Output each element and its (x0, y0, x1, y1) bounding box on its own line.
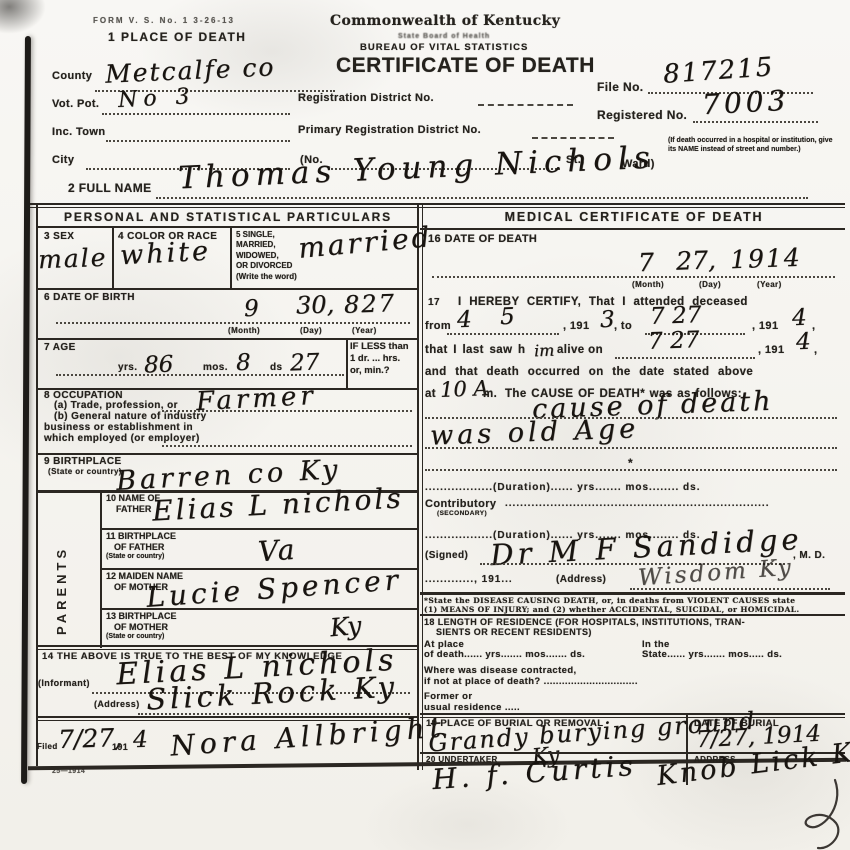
residence-label-line2: SIENTS OR RECENT RESIDENTS) (436, 627, 592, 637)
father-row-rule (100, 528, 418, 530)
age-ds-value: 27 (290, 349, 320, 376)
occupation-b2-label: business or establishment in (44, 422, 193, 433)
marital-status-label: 5 SINGLE, MARRIED, WIDOWED, OR DIVORCED … (236, 230, 297, 282)
filed-label: Filed (37, 742, 58, 751)
age-mos-unit: mos. (203, 362, 228, 373)
disease-contracted-line1: Where was disease contracted, (424, 665, 577, 676)
dob-line (56, 322, 410, 324)
dod-year-label: (Year) (757, 280, 782, 289)
registered-no-value: 7003 (701, 84, 790, 122)
death-certificate-scan: FORM V. S. No. 1 3-26-13 1 PLACE OF DEAT… (0, 0, 850, 850)
father-birthplace-label: 11 BIRTHPLACE OF FATHER (State or countr… (106, 531, 176, 561)
filed-year-print: 191 (112, 742, 128, 752)
last-saw-him: im (534, 341, 555, 361)
last-saw-comma: , (814, 344, 817, 356)
attended-to-value: 7 27 (650, 302, 702, 330)
occupation-a-label: (a) Trade, profession, or (54, 400, 178, 411)
last-saw-pre-text: that I last saw h (425, 344, 525, 356)
residence-label-line1: 18 LENGTH OF RESIDENCE (FOR HOSPITALS, I… (424, 617, 745, 627)
disease-contracted-line2: if not at place of death? ..............… (424, 676, 638, 687)
age-yrs-unit: yrs. (118, 362, 137, 373)
certificate-title: CERTIFICATE OF DEATH (336, 54, 595, 78)
father-birthplace-value: Va (257, 533, 298, 569)
form-number-note: FORM V. S. No. 1 3-26-13 (93, 16, 235, 25)
city-label: City (52, 154, 74, 166)
scan-corner-mark (0, 0, 46, 34)
primary-registration-line (532, 137, 614, 139)
last-saw-alive-on: alive on (557, 344, 603, 356)
dob-year-value: 827 (344, 289, 397, 319)
cause-line3-rule (425, 469, 837, 471)
occupation-b3-label: which employed (or employer) (44, 433, 200, 444)
registered-no-line (693, 121, 818, 123)
file-no-label: File No. (597, 80, 644, 94)
state-line: State...... yrs....... mos..... ds. (642, 649, 782, 660)
color-cell-border (230, 226, 232, 288)
scan-edge-bar (21, 36, 31, 784)
parents-vertical-label: PARENTS (54, 505, 69, 635)
primary-registration-label: Primary Registration District No. (298, 124, 481, 136)
occupation-line-a (162, 410, 412, 412)
dob-day-value: 30, (296, 290, 335, 319)
hour-m-label: m. (483, 388, 497, 400)
full-name-label: 2 FULL NAME (68, 181, 152, 195)
contributory-dots: ........................................… (505, 498, 769, 509)
vot-pot-label: Vot. Pot. (52, 98, 99, 110)
pen-flourish (740, 778, 850, 850)
footnote-line2: (1) MEANS OF INJURY; and (2) whether ACC… (424, 605, 799, 614)
md-label: , M. D. (793, 550, 825, 561)
medical-section-title: MEDICAL CERTIFICATE OF DEATH (425, 210, 843, 224)
last-saw-year-print: , 191 (758, 344, 784, 356)
color-race-value: white (119, 236, 211, 272)
dod-day-label: (Day) (699, 280, 721, 289)
dob-row-rule (36, 338, 418, 340)
certify-number: 17 (428, 297, 440, 308)
duration-line1: ..................(Duration)...... yrs..… (425, 482, 700, 493)
informant-label: (Informant) (38, 678, 90, 688)
date-of-death-label: 16 DATE OF DEATH (428, 233, 537, 245)
inc-town-label: Inc. Town (52, 126, 106, 138)
place-of-death-heading: 1 PLACE OF DEATH (108, 30, 246, 44)
sex-value: male (38, 243, 108, 274)
date-of-death-line (432, 276, 835, 278)
death-hour-value: 10 A (440, 376, 489, 402)
dob-year-label: (Year) (352, 326, 377, 335)
commonwealth-heading: Commonwealth of Kentucky (330, 13, 560, 29)
footnote-line1: *State the DISEASE CAUSING DEATH, or, in… (424, 596, 795, 605)
at-hour-label: at (425, 388, 436, 400)
attended-from-label: from (425, 320, 451, 332)
attended-to-label: , to (614, 320, 632, 332)
age-label: 7 AGE (44, 342, 76, 353)
dod-year-value: 1914 (730, 243, 803, 274)
dob-day-label: (Day) (300, 326, 322, 335)
registration-district-label: Registration District No. (298, 92, 434, 104)
full-name-line (156, 197, 808, 199)
attended-from-month: 4 (457, 307, 473, 333)
dob-month-label: (Month) (228, 326, 260, 335)
former-residence-line1: Former or (424, 691, 472, 702)
secondary-label: (SECONDARY) (437, 510, 487, 517)
if-less-label: IF LESS than 1 dr. ... hrs. or, min.? (350, 341, 409, 377)
physician-address-label: (Address) (556, 574, 606, 585)
full-name-value: Thomas Young Nichols (177, 140, 656, 197)
cause-line2-rule (425, 447, 837, 449)
mother-birthplace-label: 13 BIRTHPLACE OF MOTHER (State or countr… (106, 611, 177, 641)
cause-star-mark: * (628, 456, 633, 470)
medical-title-rule (420, 228, 845, 230)
vot-pot-line (102, 113, 290, 115)
footnote-top-rule (420, 592, 845, 595)
dod-month-label: (Month) (632, 280, 664, 289)
header-divider (30, 203, 845, 208)
sex-label: 3 SEX (44, 231, 74, 242)
birthplace-label: 9 BIRTHPLACE (44, 456, 122, 467)
filed-year-digit: 4 (133, 727, 149, 753)
dod-day-value: 27, (676, 245, 717, 275)
attended-from-line (447, 333, 559, 335)
physician-address-line (630, 588, 830, 590)
bureau-heading: BUREAU OF VITAL STATISTICS (360, 42, 528, 53)
at-place-line: of death...... yrs....... mos....... ds. (424, 649, 585, 660)
dob-label: 6 DATE OF BIRTH (44, 292, 135, 303)
vot-pot-value: No 3 (117, 84, 196, 113)
mother-birthplace-value: Ky (329, 611, 363, 643)
last-saw-line (615, 357, 755, 359)
age-mos-value: 8 (236, 350, 252, 376)
dob-month-value: 9 (244, 296, 260, 322)
county-label: County (52, 70, 92, 82)
cause-line2-value: was old Age (430, 413, 640, 451)
occupation-line-b (162, 445, 412, 447)
age-ds-unit: ds (270, 362, 282, 373)
informant-address-label: (Address) (94, 699, 140, 709)
registration-district-line (478, 104, 573, 106)
file-no-value: 817215 (662, 52, 775, 90)
attended-to-year-digit: 4 (792, 305, 808, 331)
former-residence-line2: usual residence ..... (424, 702, 520, 713)
occupation-b1-label: (b) General nature of industry (54, 411, 207, 422)
sex-cell-border (112, 226, 114, 288)
if-less-box-border (346, 338, 348, 388)
attended-comma: , (812, 320, 815, 332)
mother-maiden-value: Lucie Spencer (145, 563, 403, 614)
attended-from-year-digit: 3 (600, 307, 616, 333)
dod-month-value: 7 (637, 248, 654, 278)
state-board-heading: State Board of Health (398, 33, 490, 40)
hospital-note: (If death occurred in a hospital or inst… (668, 136, 836, 154)
signed-year-blank: ............., 191... (425, 574, 513, 585)
attended-from-year-print: , 191 (563, 320, 589, 332)
contributory-label: Contributory (425, 498, 496, 510)
last-saw-value: 7 27 (648, 327, 700, 355)
occupation-row-rule (36, 453, 418, 455)
attended-to-year-print: , 191 (752, 320, 778, 332)
age-yrs-value: 86 (144, 351, 174, 378)
personal-section-title: PERSONAL AND STATISTICAL PARTICULARS (40, 210, 416, 224)
signed-label: (Signed) (425, 550, 468, 561)
registered-no-label: Registered No. (597, 108, 687, 122)
mother-row-rule (100, 608, 418, 610)
attended-from-day: 5 (500, 304, 516, 330)
inc-town-line (106, 140, 290, 142)
footnote-bottom-rule (420, 614, 845, 616)
last-saw-year-digit: 4 (796, 329, 812, 355)
birthplace-sub-label: (State or country) (48, 467, 122, 476)
